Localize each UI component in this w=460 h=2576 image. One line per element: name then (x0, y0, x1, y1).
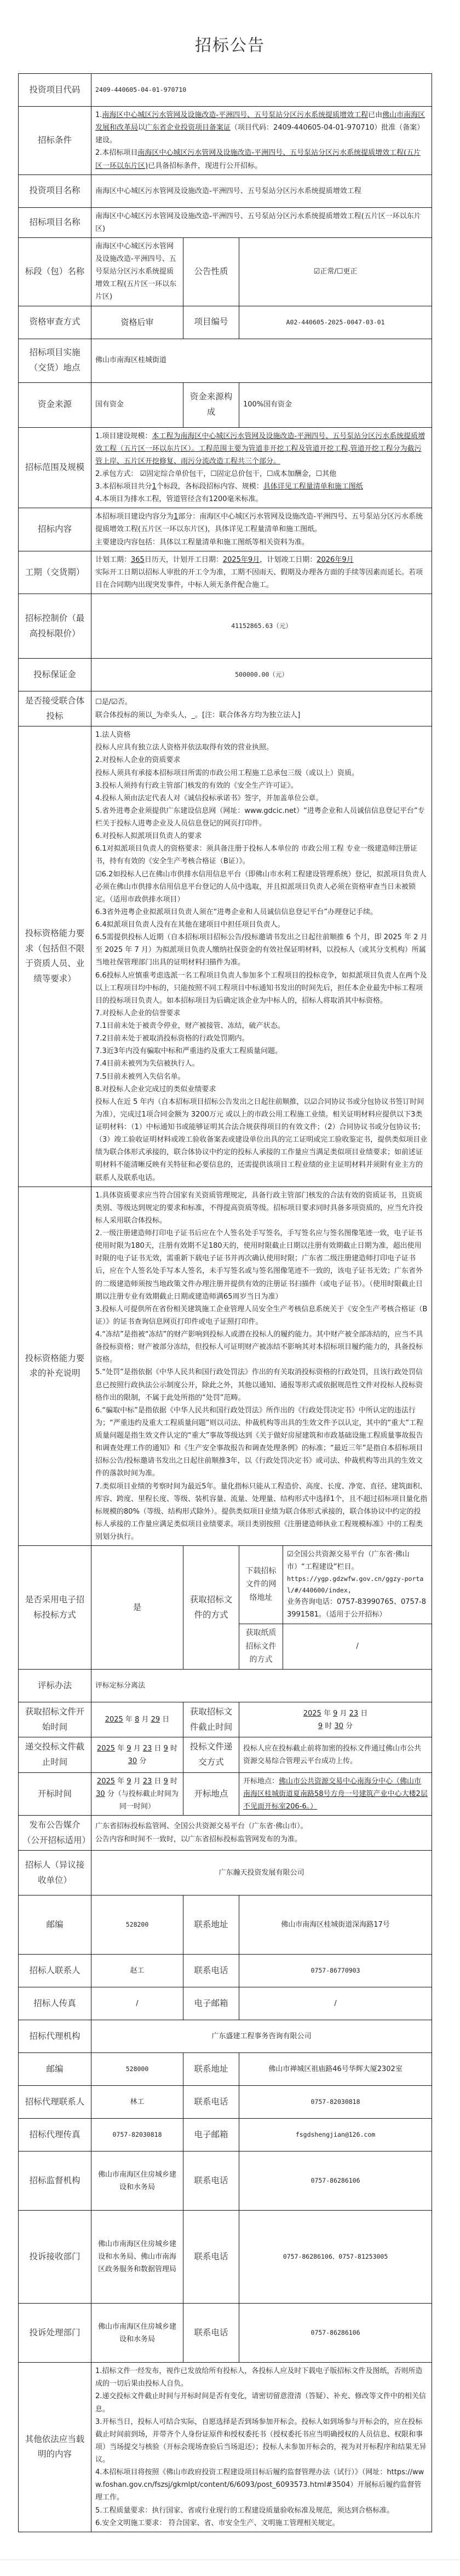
page-title: 招标公告 (0, 0, 460, 73)
value-submit-deadline: 2025 年 9 月 23 日 9 时 30 分 (91, 1737, 183, 1772)
conditions-doc: 广东省企业投资项目备案证 (145, 124, 231, 132)
value-tenderer-contact: 赵工 (91, 1955, 183, 1987)
value-tenderer-phone: 0757-86770903 (239, 1955, 432, 1987)
row-eval: 评标办法 评标定标分离法 (19, 1670, 432, 1702)
row-bid-project-name: 招标项目名称 南海区中心城区污水管网及设施改造-平洲四号、五号泵站分区污水系统提… (19, 207, 432, 237)
row-funding: 资金来源 国有资金 资金来源构成 100%国有资金 (19, 382, 432, 427)
row-location: 招标项目实施（交货）地点 佛山市南海区桂城街道 (19, 339, 432, 382)
label-tenderer-email: 电子邮箱 (183, 1987, 239, 2020)
row-agency-post: 邮编 528000 联系地址 佛山市禅城区祖庙路46号华辉大厦2302室 (19, 2053, 432, 2086)
label-invest-name: 投资项目名称 (19, 175, 91, 207)
label-agency-phone: 联系电话 (183, 2086, 239, 2119)
label-tenderer-fax: 招标人传真 (19, 1987, 91, 2020)
value-invest-name: 南海区中心城区污水管网及设施改造-平洲四号、五号泵站分区污水系统提质增效工程 (91, 175, 432, 207)
label-deposit: 投标保证金 (19, 659, 91, 691)
label-supervision: 招标监督机构 (19, 2151, 91, 2211)
label-supervision-phone: 联系电话 (183, 2151, 239, 2211)
value-scope: 1.项目建设规模：本工程为南海区中心城区污水管网及设施改造-平洲四号、五号泵站分… (91, 427, 432, 508)
label-paper-doc: 获取纸质招标文件的方式 (239, 1624, 283, 1670)
value-complaint-recv-phone: 0757-86286106、0757-81253005 (239, 2211, 432, 2304)
announcement-page: 招标公告 投资项目代码 2409-440605-04-01-970710 招标条… (0, 0, 460, 2576)
announcement-table: 投资项目代码 2409-440605-04-01-970710 招标条件 1.南… (18, 73, 432, 2532)
value-location: 佛山市南海区桂城街道 (91, 339, 432, 382)
label-conditions: 招标条件 (19, 107, 91, 175)
value-qualification: 1.法人资格 投标人应具有独立法人资格并依法取得有效的营业执照。 2.对投标人企… (91, 726, 432, 1187)
row-consortium: 是否接受联合体投标 ☐是/☑否。 联合体投标的须以_为牵头人，_。[注：联合体各… (19, 691, 432, 726)
value-supervision-phone: 0757-86286106 (239, 2151, 432, 2211)
row-deposit: 投标保证金 500000.00（元） (19, 659, 432, 691)
value-tenderer-addr: 佛山市南海区桂城街道深海路17号 (239, 1895, 432, 1955)
value-section: 南海区中心城区污水管网及设施改造-平洲四号、五号泵站分区污水系统提质增效工程(五… (91, 237, 183, 306)
label-tenderer-phone: 联系电话 (183, 1955, 239, 1987)
row-qualification: 投标资格能力要求（包括但不限于资质人员、业绩等要求） 1.法人资格 投标人应具有… (19, 726, 432, 1187)
label-open-time: 开标时间 (19, 1772, 91, 1815)
label-location: 招标项目实施（交货）地点 (19, 339, 91, 382)
value-tenderer: 广东瀚天投资发展有限公司 (91, 1851, 432, 1895)
row-project-code: 投资项目代码 2409-440605-04-01-970710 (19, 74, 432, 107)
label-section: 标段（包）名称 (19, 237, 91, 306)
label-complaint-proc-phone: 联系电话 (183, 2304, 239, 2363)
row-agency: 招标代理机构 广东盛建工程事务咨询有限公司 (19, 2020, 432, 2053)
value-open-place: 开标地点：佛山市公共资源交易中心南海分中心（佛山市南海区桂城街道夏南路58号方舟… (239, 1772, 432, 1815)
row-invest-name: 投资项目名称 南海区中心城区污水管网及设施改造-平洲四号、五号泵站分区污水系统提… (19, 175, 432, 207)
value-agency-contact: 林工 (91, 2086, 183, 2119)
bottom-spacer (0, 2532, 460, 2560)
value-agency-addr: 佛山市禅城区祖庙路46号华辉大厦2302室 (239, 2053, 432, 2086)
label-consortium: 是否接受联合体投标 (19, 691, 91, 726)
value-agency-email[interactable]: fsgdshengjian@126.com (239, 2119, 432, 2151)
label-period: 工期（交货期） (19, 551, 91, 594)
row-agency-contact: 招标代理联系人 林工 联系电话 0757-82030818 (19, 2086, 432, 2119)
value-funding-comp: 100%国有资金 (239, 382, 432, 427)
row-electronic-web: 是否采用电子招标投标方式 是 获取招标文件的方式 下载招标文件的网络地址 ☑全国… (19, 1546, 432, 1624)
label-review: 资格审查方式 (19, 306, 91, 339)
label-qualification: 投标资格能力要求（包括但不限于资质人员、业绩等要求） (19, 726, 91, 1187)
row-tenderer-fax: 招标人传真 / 电子邮箱 / (19, 1987, 432, 2020)
value-review: 资格后审 (91, 306, 183, 339)
value-deposit: 500000.00（元） (91, 659, 432, 691)
label-complaint-recv: 投诉接收部门 (19, 2211, 91, 2304)
label-project-no: 项目编号 (183, 306, 239, 339)
value-tenderer-fax: / (91, 1987, 183, 2020)
label-agency-contact: 招标代理联系人 (19, 2086, 91, 2119)
label-electronic: 是否采用电子招标投标方式 (19, 1546, 91, 1670)
value-web-address: ☑全国公共资源交易平台（广东省·佛山市）“工程建设”栏目。 https://yg… (283, 1546, 432, 1624)
value-other: 1.招标文件一经发布，视作已发放给所有投标人，各投标人应及时下载电子版招标文件及… (91, 2363, 432, 2532)
row-scope: 招标范围及规模 1.项目建设规模：本工程为南海区中心城区污水管网及设施改造-平洲… (19, 427, 432, 508)
label-tenderer-contact: 招标人联系人 (19, 1955, 91, 1987)
value-complaint-recv: 佛山市南海区住房城乡建设和水务局、佛山市南海区政务服务和数据管理局 (91, 2211, 183, 2304)
row-control-price: 招标控制价（最高投标限价） 41152865.63（元） (19, 594, 432, 659)
row-tenderer-contact: 招标人联系人 赵工 联系电话 0757-86770903 (19, 1955, 432, 1987)
label-project-code: 投资项目代码 (19, 74, 91, 107)
value-nature: ☑正常/☐更正 (239, 237, 432, 306)
label-doc-end: 获取招标文件截止时间 (183, 1702, 239, 1737)
row-submit: 递交投标文件截止时间 2025 年 9 月 23 日 9 时 30 分 投标文件… (19, 1737, 432, 1772)
label-open-place: 开标地点 (183, 1772, 239, 1815)
label-doc-start: 获取招标文件开始时间 (19, 1702, 91, 1737)
row-open: 开标时间 2025 年 9 月 23 日 9 时 30 分（与投标截止时间为同一… (19, 1772, 432, 1815)
row-tenderer-post: 邮编 528200 联系地址 佛山市南海区桂城街道深海路17号 (19, 1895, 432, 1955)
label-content: 招标内容 (19, 508, 91, 551)
label-funding-comp: 资金来源构成 (183, 382, 239, 427)
conditions-project: 南海区中心城区污水管网及设施改造-平洲四号、五号泵站分区污水系统提质增效工程 (102, 111, 368, 119)
label-submit-method: 投标文件递交方式 (183, 1737, 239, 1772)
value-media: 广东省招标投标监管网、全国公共资源交易平台（广东省·佛山市）。 公告内容和时间不… (91, 1816, 432, 1851)
label-scope: 招标范围及规模 (19, 427, 91, 508)
row-section: 标段（包）名称 南海区中心城区污水管网及设施改造-平洲四号、五号泵站分区污水系统… (19, 237, 432, 306)
value-electronic: 是 (91, 1546, 183, 1670)
label-complaint-proc: 投诉处理部门 (19, 2304, 91, 2363)
value-period: 计划工期：365日历天，计划开工日期：2025年9月，计划竣工日期：2026年9… (91, 551, 432, 594)
label-agency-addr: 联系地址 (183, 2053, 239, 2086)
value-paper-doc: / (283, 1624, 432, 1670)
label-eval: 评标办法 (19, 1670, 91, 1702)
label-get-doc: 获取招标文件的方式 (183, 1546, 239, 1670)
value-bid-project-name: 南海区中心城区污水管网及设施改造-平洲四号、五号泵站分区污水系统提质增效工程(五… (91, 207, 432, 237)
label-agency-post: 邮编 (19, 2053, 91, 2086)
value-funding: 国有资金 (91, 382, 183, 427)
value-complaint-proc: 佛山市南海区住房城乡建设和水务局 (91, 2304, 183, 2363)
value-conditions: 1.南海区中心城区污水管网及设施改造-平洲四号、五号泵站分区污水系统提质增效工程… (91, 107, 432, 175)
label-agency-email: 电子邮箱 (183, 2119, 239, 2151)
label-qual-note: 投标资格能力要求的补充说明 (19, 1187, 91, 1546)
value-qual-note: 1.具体资质要求应当符合国家有关资质管理规定，具备行政主管部门核发的合法有效的资… (91, 1187, 432, 1546)
row-agency-fax: 招标代理传真 0757-82030818 电子邮箱 fsgdshengjian@… (19, 2119, 432, 2151)
value-eval: 评标定标分离法 (91, 1670, 432, 1702)
value-agency-post: 528000 (91, 2053, 183, 2086)
row-media: 发布公告媒介（公开招标适用） 广东省招标投标监管网、全国公共资源交易平台（广东省… (19, 1816, 432, 1851)
row-doc-time: 获取招标文件开始时间 2025 年 8 月 29 日 获取招标文件截止时间 20… (19, 1702, 432, 1737)
value-agency-fax: 0757-82030818 (91, 2119, 183, 2151)
row-content: 招标内容 本招标项目建设内容分为1部分：南海区中心城区污水管网及设施改造-平洲四… (19, 508, 432, 551)
value-project-no: A02-440605-2025-0047-03-01 (239, 306, 432, 339)
row-complaint-proc: 投诉处理部门 佛山市南海区住房城乡建设和水务局 联系电话 0757-862861… (19, 2304, 432, 2363)
label-agency: 招标代理机构 (19, 2020, 91, 2053)
row-conditions: 招标条件 1.南海区中心城区污水管网及设施改造-平洲四号、五号泵站分区污水系统提… (19, 107, 432, 175)
value-content: 本招标项目建设内容分为1部分：南海区中心城区污水管网及设施改造-平洲四号、五号泵… (91, 508, 432, 551)
value-consortium: ☐是/☑否。 联合体投标的须以_为牵头人，_。[注：联合体各方均为独立法人] (91, 691, 432, 726)
label-other: 其他依法应当载明的内容 (19, 2363, 91, 2532)
row-review: 资格审查方式 资格后审 项目编号 A02-440605-2025-0047-03… (19, 306, 432, 339)
value-tenderer-post: 528200 (91, 1895, 183, 1955)
row-supervision: 招标监督机构 佛山市南海区住房城乡建设和水务局 联系电话 0757-862861… (19, 2151, 432, 2211)
row-tenderer: 招标人（异议接收单位） 广东瀚天投资发展有限公司 (19, 1851, 432, 1895)
label-nature: 公告性质 (183, 237, 239, 306)
value-submit-method: 投标人应在投标截止前将加密的投标文件通过佛山市公共资源交易综合管理云平台成功上传… (239, 1737, 432, 1772)
contract-type-checkboxes: 2.承包方式： ☑固定综合单价包干，☐固定总价包干，☐成本加酬金，☐其他 (95, 468, 428, 480)
value-supervision: 佛山市南海区住房城乡建设和水务局 (91, 2151, 183, 2211)
label-media: 发布公告媒介（公开招标适用） (19, 1816, 91, 1851)
row-other: 其他依法应当载明的内容 1.招标文件一经发布，视作已发放给所有投标人，各投标人应… (19, 2363, 432, 2532)
value-agency: 广东盛建工程事务咨询有限公司 (91, 2020, 432, 2053)
row-qual-note: 投标资格能力要求的补充说明 1.具体资质要求应当符合国家有关资质管理规定，具备行… (19, 1187, 432, 1546)
row-complaint-recv: 投诉接收部门 佛山市南海区住房城乡建设和水务局、佛山市南海区政务服务和数据管理局… (19, 2211, 432, 2304)
value-doc-start: 2025 年 8 月 29 日 (91, 1702, 183, 1737)
value-project-code: 2409-440605-04-01-970710 (91, 74, 432, 107)
label-complaint-recv-phone: 联系电话 (183, 2211, 239, 2304)
value-control-price: 41152865.63（元） (91, 594, 432, 659)
supervision-policy-link: 4.本招标项目将按照《佛山市政府投资工程建设项目标后履约监督管理办法（试行）》（… (95, 2466, 428, 2504)
label-submit-deadline: 递交投标文件截止时间 (19, 1737, 91, 1772)
download-link[interactable]: https://ygp.gdzwfw.gov.cn/ggzy-portal/#/… (287, 1573, 428, 1596)
divider (0, 2560, 460, 2560)
label-tenderer: 招标人（异议接收单位） (19, 1851, 91, 1895)
label-bid-project-name: 招标项目名称 (19, 207, 91, 237)
value-open-time: 2025 年 9 月 23 日 9 时 30 分（与投标截止时间为同一时间） (91, 1772, 183, 1815)
label-funding: 资金来源 (19, 382, 91, 427)
value-agency-phone: 0757-82030818 (239, 2086, 432, 2119)
value-doc-end: 2025 年 9 月 23 日 9 时 30 分 (239, 1702, 432, 1737)
label-web-address: 下载招标文件的网络地址 (239, 1546, 283, 1624)
value-complaint-proc-phone: 0757-86286106 (239, 2304, 432, 2363)
label-tenderer-post: 邮编 (19, 1895, 91, 1955)
label-agency-fax: 招标代理传真 (19, 2119, 91, 2151)
footer-spacer (0, 2560, 460, 2576)
value-tenderer-email: / (239, 1987, 432, 2020)
label-control-price: 招标控制价（最高投标限价） (19, 594, 91, 659)
label-tenderer-addr: 联系地址 (183, 1895, 239, 1955)
row-period: 工期（交货期） 计划工期：365日历天，计划开工日期：2025年9月，计划竣工日… (19, 551, 432, 594)
